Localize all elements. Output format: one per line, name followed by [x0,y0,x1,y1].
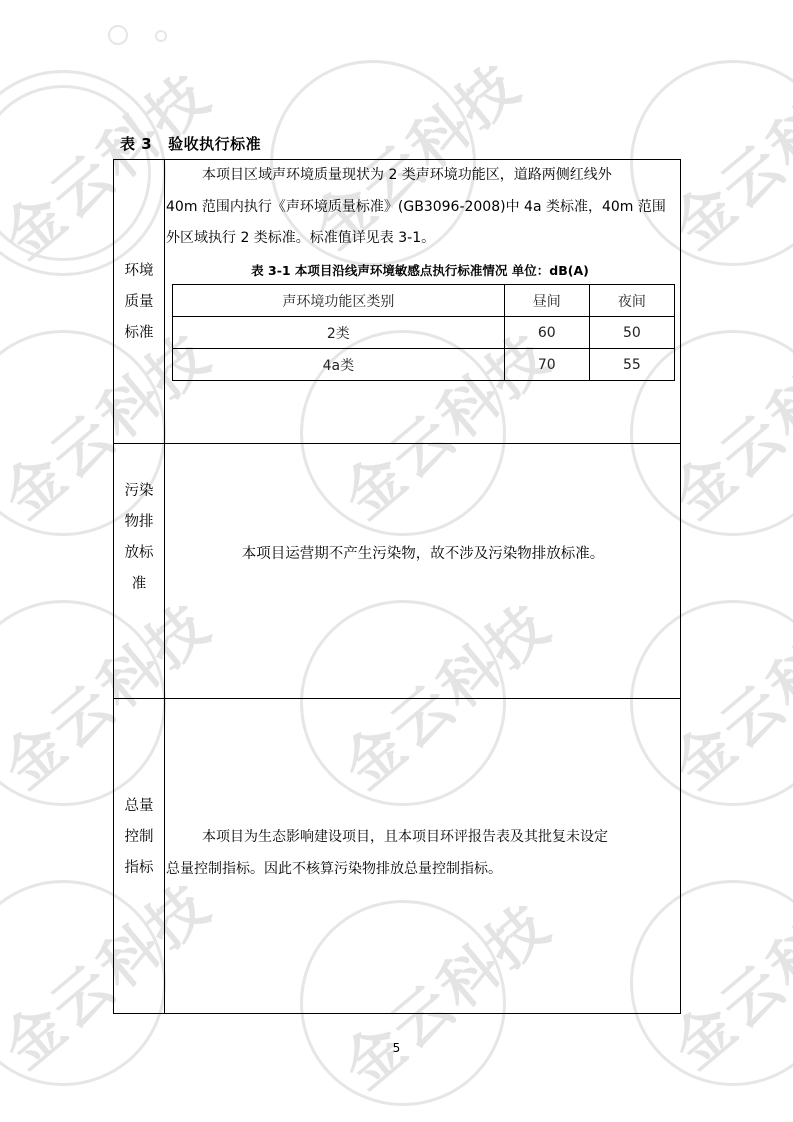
total-control-paragraph: 本项目为生态影响建设项目，且本项目环评报告表及其批复未设定 总量控制指标。因此不… [166,822,674,885]
table-number: 表 3 [120,135,152,153]
row-label-pollutant-discharge: 污染 物排 放标 准 [114,476,164,600]
noise-standard-table: 声环境功能区类别 昼间 夜间 2类 60 50 4a类 70 55 [172,284,675,381]
environmental-quality-paragraph: 本项目区域声环境质量现状为 2 类声环境功能区，道路两侧红线外 40m 范围内执… [166,160,674,255]
label-line: 污染 [114,476,164,507]
paragraph-line: 40m 范围内执行《声环境质量标准》(GB3096-2008)中 4a 类标准，… [166,192,674,224]
label-line: 标准 [114,318,164,349]
label-line: 指标 [114,853,164,884]
column-divider [164,160,165,1013]
table-cell: 55 [589,349,674,381]
header-cell: 声环境功能区类别 [173,285,505,317]
label-line: 环境 [114,256,164,287]
table-cell: 50 [589,317,674,349]
table-row: 4a类 70 55 [173,349,675,381]
table-cell: 2类 [173,317,505,349]
standards-table: 环境 质量 标准 本项目区域声环境质量现状为 2 类声环境功能区，道路两侧红线外… [113,159,681,1014]
table-cell: 60 [504,317,589,349]
paragraph-line: 总量控制指标。因此不核算污染物排放总量控制指标。 [166,854,674,886]
table-row: 2类 60 50 [173,317,675,349]
row-label-environmental-quality: 环境 质量 标准 [114,256,164,349]
table-header-row: 声环境功能区类别 昼间 夜间 [173,285,675,317]
paragraph-line: 本项目区域声环境质量现状为 2 类声环境功能区，道路两侧红线外 [202,167,612,183]
paragraph-line: 外区域执行 2 类标准。标准值详见表 3-1。 [166,223,674,255]
label-line: 质量 [114,287,164,318]
row-divider [114,443,680,444]
row-divider [114,698,680,699]
table-caption: 表 3验收执行标准 [120,133,261,154]
table-title: 验收执行标准 [168,135,261,153]
sub-table-caption: 表 3-1 本项目沿线声环境敏感点执行标准情况 单位：dB(A) [166,261,674,279]
label-line: 总量 [114,791,164,822]
pollutant-discharge-text: 本项目运营期不产生污染物，故不涉及污染物排放标准。 [166,542,680,563]
label-line: 控制 [114,822,164,853]
paragraph-line: 本项目为生态影响建设项目，且本项目环评报告表及其批复未设定 [202,829,608,845]
header-cell: 夜间 [589,285,674,317]
label-line: 准 [114,569,164,600]
label-line: 放标 [114,538,164,569]
header-cell: 昼间 [504,285,589,317]
page-number: 5 [0,1041,793,1055]
label-line: 物排 [114,507,164,538]
table-cell: 4a类 [173,349,505,381]
table-cell: 70 [504,349,589,381]
row-label-total-control: 总量 控制 指标 [114,791,164,884]
